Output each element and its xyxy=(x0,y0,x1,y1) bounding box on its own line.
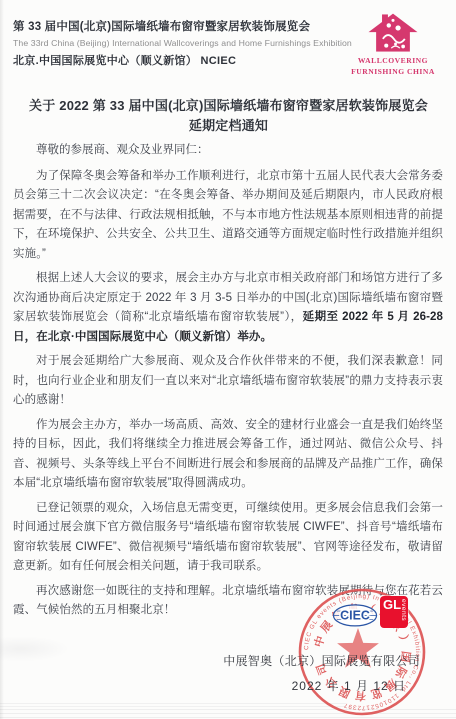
signature-company: 中展智奥（北京）国际展览有限公司 xyxy=(223,652,420,669)
notice-document: 第 33 届中国(北京)国际墙纸墙布窗帘暨家居软装饰展览会 The 33rd C… xyxy=(0,0,456,719)
signature-block: 中展智奥（北京）国际展览有限公司 2022 年 1 月 12 日 xyxy=(223,652,420,694)
salutation: 尊敬的参展商、观众及业界同仁： xyxy=(13,141,443,161)
brand-text-line1: WALLCOVERING xyxy=(346,56,440,67)
scan-smudge xyxy=(0,636,70,662)
scan-edge-shade xyxy=(0,0,4,719)
brand-text-line2: FURNISHING CHINA xyxy=(346,67,440,78)
paragraph-4: 作为展会主办方，举办一场高质、高效、安全的建材行业盛会一直是我们始终坚持的目标，… xyxy=(13,416,443,494)
notice-body: 尊敬的参展商、观众及业界同仁： 为了保障冬奥会筹备和举办工作顺利进行，北京市第十… xyxy=(13,141,443,626)
signature-date: 2022 年 1 月 12 日 xyxy=(223,677,420,694)
paragraph-2: 根据上述人大会议的要求，展会主办方与北京市相关政府部门和场馆方进行了多次沟通协商… xyxy=(13,269,443,347)
ciec-logo-icon: CIEC xyxy=(332,601,378,630)
brand-text: WALLCOVERING FURNISHING CHINA xyxy=(346,56,440,77)
paragraph-5: 已登记领票的观众，入场信息无需变更，可继续使用。更多展会信息我们会第一时间通过展… xyxy=(13,499,443,577)
notice-title-line2: 延期定档通知 xyxy=(189,118,268,133)
gl-events-logo-gl: GL xyxy=(383,597,401,612)
ciec-logo-text: CIEC xyxy=(340,609,370,623)
house-pattern-icon xyxy=(366,12,420,54)
notice-title-line1: 关于 2022 第 33 届中国(北京)国际墙纸墙布窗帘暨家居软装饰展览会 xyxy=(29,98,428,113)
wallcovering-brand-logo: WALLCOVERING FURNISHING CHINA xyxy=(346,12,440,77)
gl-events-logo-events: events xyxy=(400,599,407,621)
paragraph-3: 对于展会延期给广大参展商、观众及合作伙伴带来的不便，我们深表歉意！同时，也向行业… xyxy=(13,352,443,411)
paragraph-1: 为了保障冬奥会筹备和举办工作顺利进行，北京市第十五届人民代表大会常务委员会第三十… xyxy=(13,167,443,265)
gl-events-logo: GL events xyxy=(380,596,408,628)
ciec-logo: CIEC xyxy=(332,601,378,631)
notice-title: 关于 2022 第 33 届中国(北京)国际墙纸墙布窗帘暨家居软装饰展览会 延期… xyxy=(13,96,444,136)
